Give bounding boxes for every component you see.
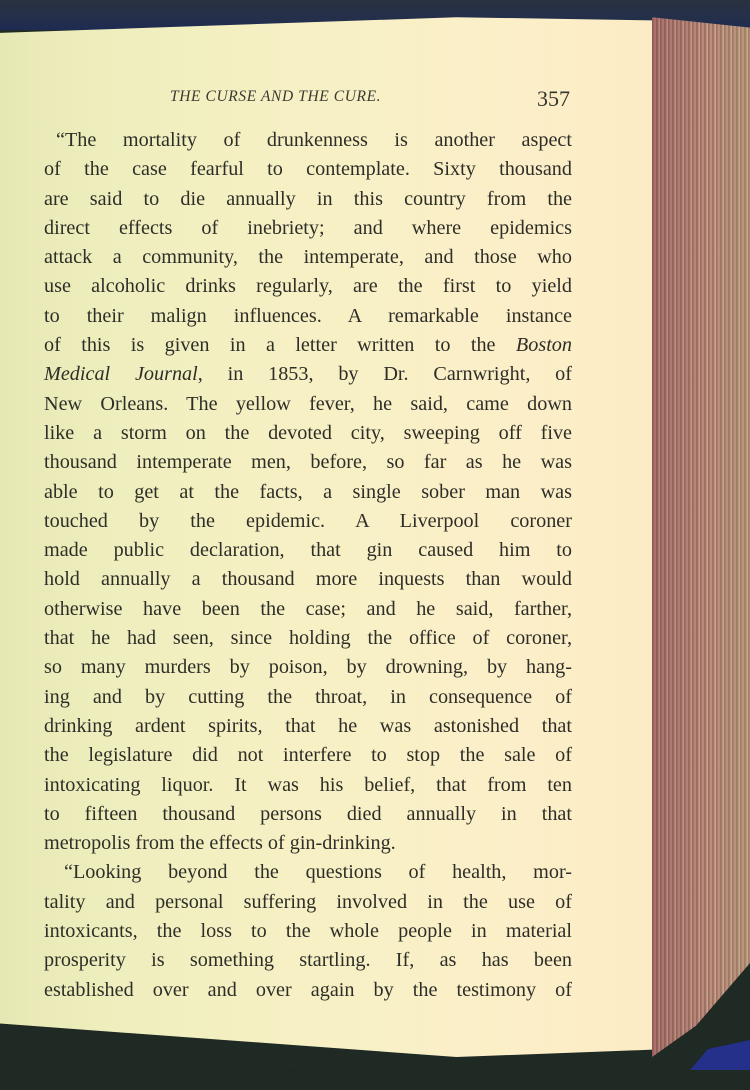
- ink-speck: [292, 1070, 295, 1073]
- text-line: “The mortality of drunkenness is another…: [44, 126, 572, 155]
- italic-text: Medical Journal: [44, 363, 198, 385]
- text-line: to fifteen thousand persons died annuall…: [44, 800, 572, 829]
- text-line-with-italic: Medical Journal, in 1853, by Dr. Carnwri…: [44, 360, 572, 389]
- text-line: prosperity is something startling. If, a…: [44, 946, 572, 975]
- text-line: otherwise have been the case; and he sai…: [44, 595, 572, 624]
- text-line: made public declaration, that gin caused…: [44, 536, 572, 565]
- book-cover-bottom: [690, 1040, 750, 1070]
- text-line: hold annually a thousand more inquests t…: [44, 565, 572, 594]
- text-line: are said to die annually in this country…: [44, 185, 572, 214]
- page-number: 357: [537, 86, 570, 112]
- text-line: established over and over again by the t…: [44, 976, 572, 1005]
- text-line: direct effects of inebriety; and where e…: [44, 214, 572, 243]
- text-line: thousand intemperate men, before, so far…: [44, 448, 572, 477]
- text-line: ing and by cutting the throat, in conseq…: [44, 683, 572, 712]
- text-line: intoxicating liquor. It was his belief, …: [44, 771, 572, 800]
- body-text: “The mortality of drunkenness is another…: [44, 126, 572, 1005]
- text-line: drinking ardent spirits, that he was ast…: [44, 712, 572, 741]
- text-line: like a storm on the devoted city, sweepi…: [44, 419, 572, 448]
- text-line: tality and personal suffering involved i…: [44, 888, 572, 917]
- text-segment: of this is given in a letter written to …: [44, 334, 516, 356]
- page-header: THE CURSE AND THE CURE. 357: [170, 86, 570, 116]
- page-edges-shade: [652, 12, 750, 1057]
- text-line: New Orleans. The yellow fever, he said, …: [44, 390, 572, 419]
- text-line-with-italic: of this is given in a letter written to …: [44, 331, 572, 360]
- running-head: THE CURSE AND THE CURE.: [170, 88, 381, 106]
- text-line: touched by the epidemic. A Liverpool cor…: [44, 507, 572, 536]
- text-line: of the case fearful to contemplate. Sixt…: [44, 155, 572, 184]
- text-line: “Looking beyond the questions of health,…: [44, 858, 572, 887]
- text-line: intoxicants, the loss to the whole peopl…: [44, 917, 572, 946]
- text-line: metropolis from the effects of gin-drink…: [44, 829, 572, 858]
- text-line: that he had seen, since holding the offi…: [44, 624, 572, 653]
- text-segment: , in 1853, by Dr. Carnwright, of: [198, 363, 572, 385]
- italic-text: Boston: [516, 334, 572, 356]
- text-line: attack a community, the intemperate, and…: [44, 243, 572, 272]
- text-line: so many murders by poison, by drowning, …: [44, 653, 572, 682]
- text-line: use alcoholic drinks regularly, are the …: [44, 272, 572, 301]
- text-line: able to get at the facts, a single sober…: [44, 478, 572, 507]
- text-line: to their malign influences. A remarkable…: [44, 302, 572, 331]
- text-line: the legislature did not interfere to sto…: [44, 741, 572, 770]
